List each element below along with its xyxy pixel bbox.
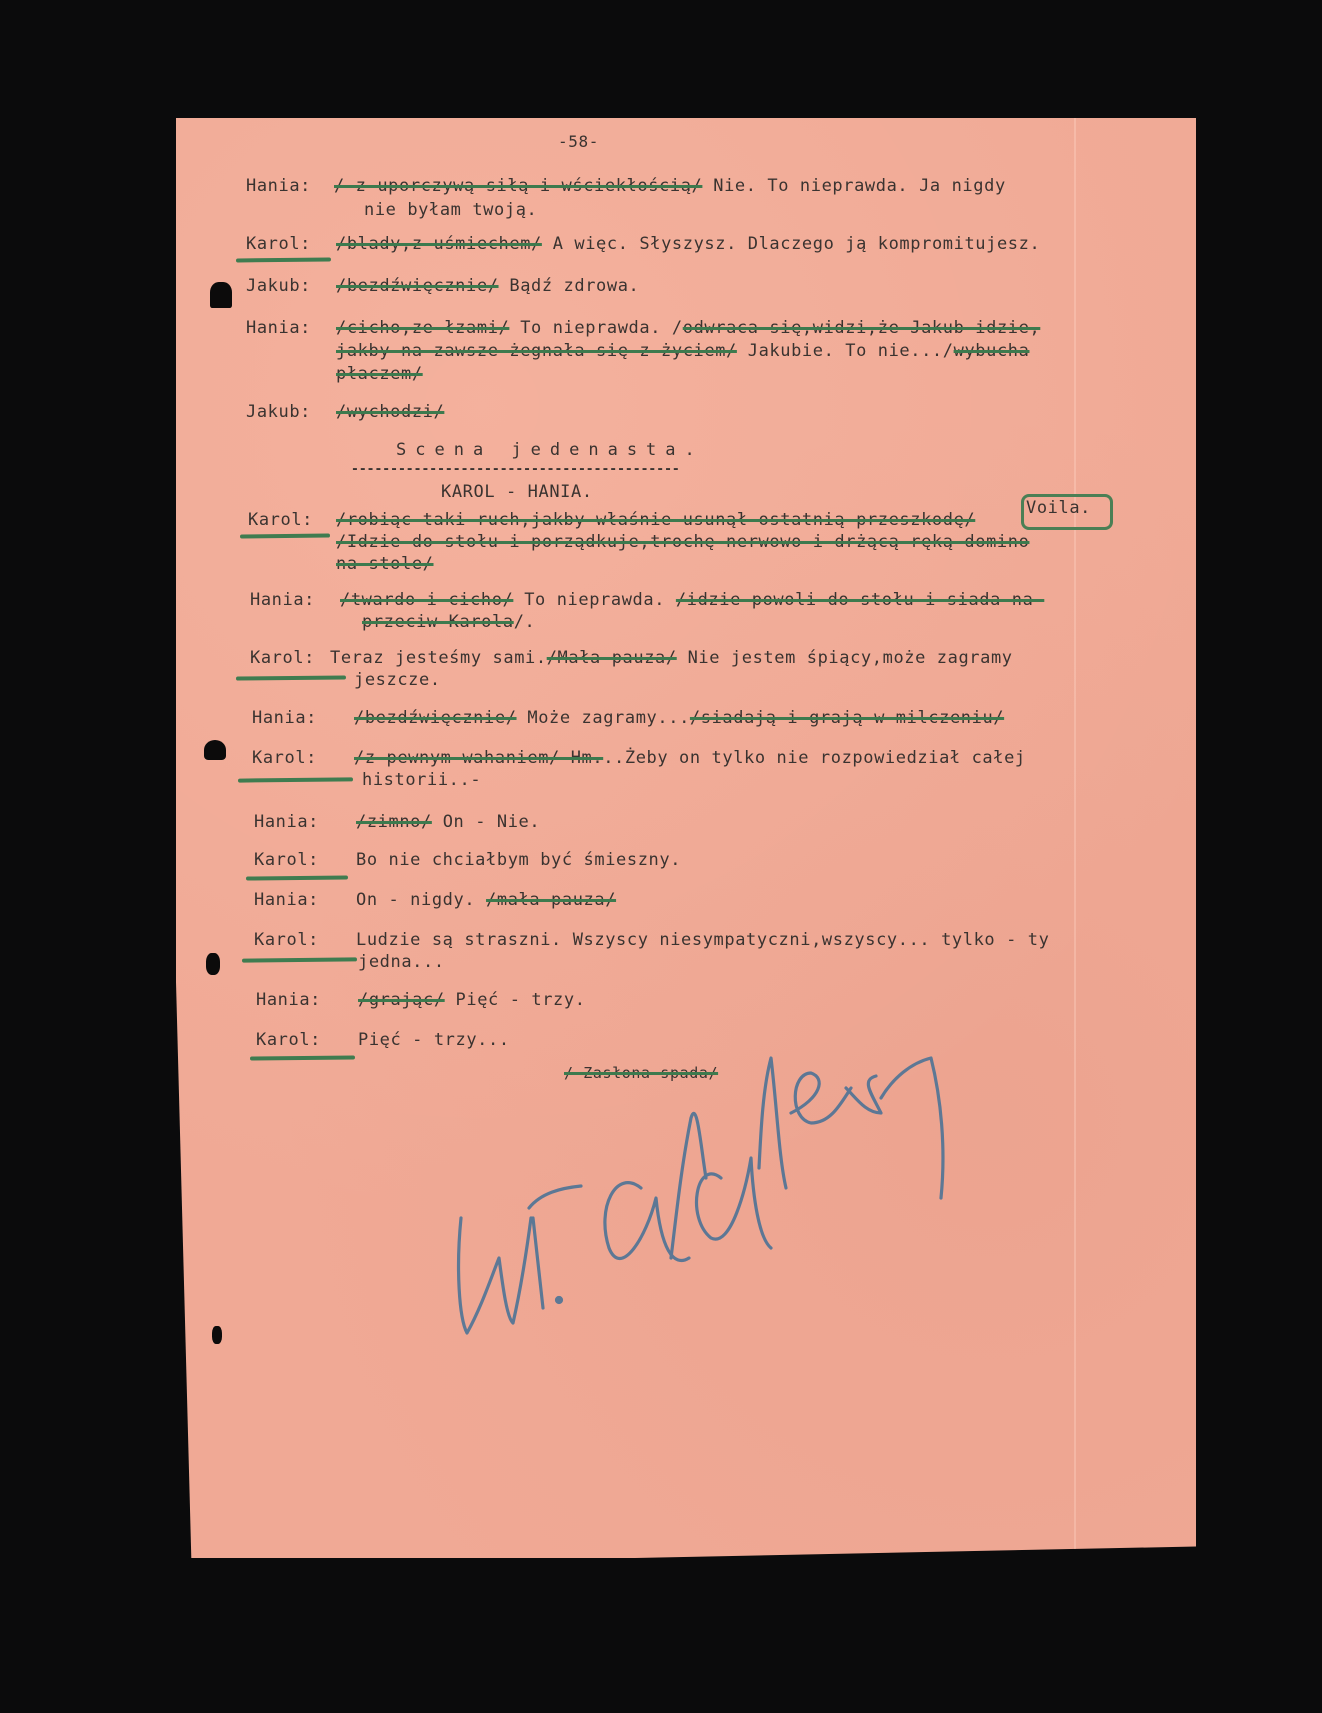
scene-title: Scena jedenasta. [396, 440, 704, 460]
stage-direction: wybucha [954, 341, 1030, 361]
stage-direction: /bezdźwięcznie/ [354, 708, 517, 728]
stage-direction: /Idzie do stołu i porządkuje,trochę nerw… [336, 532, 1029, 552]
dialogue-text: To nieprawda. [524, 590, 665, 610]
speaker-label: Karol: [254, 930, 319, 950]
dialogue-line: /bezdźwięcznie/ Bądź zdrowa. [336, 276, 639, 296]
stage-direction: /twardo i cicho/ [340, 590, 513, 610]
scene-characters: KAROL - HANIA. [441, 482, 593, 502]
dialogue-line: / z uporczywą siłą i wściekłością/ Nie. … [334, 176, 1006, 196]
dialogue-continuation: przeciw Karola/. [362, 612, 535, 632]
stage-direction: /idzie powoli do stołu i siada na- [676, 590, 1044, 610]
stage-direction: /siadają i grają w milczeniu/ [690, 708, 1004, 728]
dialogue-line: /bezdźwięcznie/ Może zagramy.../siadają … [354, 708, 1004, 728]
dialogue-text: Nie. To nieprawda. Ja nigdy [713, 176, 1006, 196]
stage-direction: / z uporczywą siłą i wściekłością/ [334, 176, 702, 196]
speaker-label: Hania: [250, 590, 315, 610]
stage-direction: /wychodzi/ [336, 402, 444, 422]
speaker-label: Hania: [256, 990, 321, 1010]
dialogue-continuation: jeszcze. [354, 670, 441, 690]
scene-divider: ----------------------------------------… [351, 462, 680, 477]
dialogue-continuation: na stole/ [336, 554, 434, 574]
stage-direction: płaczem/ [336, 364, 423, 384]
stage-direction: odwraca się,widzi,że Jakub idzie, [683, 318, 1041, 338]
dialogue-text: ..Żeby on tylko nie rozpowiedział całej [603, 748, 1026, 768]
green-underline [238, 777, 353, 782]
stage-direction: /mała pauza/ [486, 890, 616, 910]
speaker-label: Hania: [246, 318, 311, 338]
speaker-label: Karol: [248, 510, 313, 530]
speaker-label: Karol: [256, 1030, 321, 1050]
dialogue-text: /. [514, 612, 536, 632]
speaker-label: Jakub: [246, 402, 311, 422]
dialogue-text: To nieprawda. / [520, 318, 683, 338]
stage-direction: /cicho,ze łzami/ [336, 318, 509, 338]
annotation-text: Voila. [1026, 498, 1091, 518]
green-underline [236, 675, 346, 680]
stage-direction: /Mała pauza/ [547, 648, 677, 668]
dialogue-continuation: jakby na zawsze żegnała się z życiem/ Ja… [336, 341, 1029, 361]
stage-direction: /blady,z uśmiechem/ [336, 234, 542, 254]
green-underline [250, 1055, 355, 1060]
speaker-label: Hania: [246, 176, 311, 196]
stage-direction: /zimno/ [356, 812, 432, 832]
stage-direction: jakby na zawsze żegnała się z życiem/ [336, 341, 737, 361]
punch-hole-blot [210, 282, 232, 308]
dialogue-line: /wychodzi/ [336, 402, 444, 422]
dialogue-text: Teraz jesteśmy sami. [330, 648, 547, 668]
speaker-label: Karol: [254, 850, 319, 870]
dialogue-line: /zimno/ On - Nie. [356, 812, 540, 832]
dialogue-line: /z pewnym wahaniem/ Hm...Żeby on tylko n… [354, 748, 1026, 768]
dialogue-text: Nie jestem śpiący,może zagramy [688, 648, 1013, 668]
dialogue-line: /grając/ Pięć - trzy. [358, 990, 586, 1010]
dialogue-line: Ludzie są straszni. Wszyscy niesympatycz… [356, 930, 1049, 950]
dialogue-text: Może zagramy... [527, 708, 690, 728]
dialogue-text: A więc. Słyszysz. Dlaczego ją kompromitu… [553, 234, 1041, 254]
dialogue-line: /robiąc taki ruch,jakby właśnie usunął o… [336, 510, 975, 530]
stage-direction: /robiąc taki ruch,jakby właśnie usunął o… [336, 510, 975, 530]
dialogue-line: Bo nie chciałbym być śmieszny. [356, 850, 681, 870]
document-page: -58- Hania: / z uporczywą siłą i wściekł… [176, 118, 1196, 1558]
page-number: -58- [558, 132, 599, 151]
punch-hole-blot [204, 740, 226, 760]
dialogue-continuation: jedna... [358, 952, 445, 972]
stage-direction: /grając/ [358, 990, 445, 1010]
stage-direction: /z pewnym wahaniem/ Hm. [354, 748, 603, 768]
speaker-label: Jakub: [246, 276, 311, 296]
green-underline [236, 258, 331, 263]
paper-fold [1074, 118, 1076, 1558]
speaker-label: Hania: [254, 812, 319, 832]
dialogue-line: /cicho,ze łzami/ To nieprawda. /odwraca … [336, 318, 1040, 338]
dialogue-continuation: płaczem/ [336, 364, 423, 384]
green-underline [246, 875, 348, 880]
speaker-label: Karol: [252, 748, 317, 768]
stage-direction: /bezdźwięcznie/ [336, 276, 499, 296]
dialogue-text: Bądź zdrowa. [509, 276, 639, 296]
dialogue-text: On - nigdy. [356, 890, 475, 910]
green-underline [242, 957, 357, 962]
dialogue-continuation: historii..- [362, 770, 481, 790]
speaker-label: Karol: [246, 234, 311, 254]
green-underline [240, 534, 330, 539]
dialogue-continuation: nie byłam twoją. [364, 200, 537, 220]
speaker-label: Hania: [254, 890, 319, 910]
dialogue-line: /blady,z uśmiechem/ A więc. Słyszysz. Dl… [336, 234, 1040, 254]
dialogue-text: On - Nie. [443, 812, 541, 832]
dialogue-line: Teraz jesteśmy sami./Mała pauza/ Nie jes… [330, 648, 1013, 668]
dialogue-continuation: /Idzie do stołu i porządkuje,trochę nerw… [336, 532, 1029, 552]
dialogue-line: On - nigdy. /mała pauza/ [356, 890, 616, 910]
stage-direction: na stole/ [336, 554, 434, 574]
punch-hole-blot [206, 953, 220, 975]
stage-direction: przeciw Karola [362, 612, 514, 632]
handwritten-signature [441, 1018, 1081, 1338]
dialogue-line: /twardo i cicho/ To nieprawda. /idzie po… [340, 590, 1044, 610]
dialogue-text: Jakubie. To nie.../ [748, 341, 954, 361]
dialogue-text: Pięć - trzy. [456, 990, 586, 1010]
speaker-label: Hania: [252, 708, 317, 728]
speaker-label: Karol: [250, 648, 315, 668]
punch-hole-blot [212, 1326, 222, 1344]
